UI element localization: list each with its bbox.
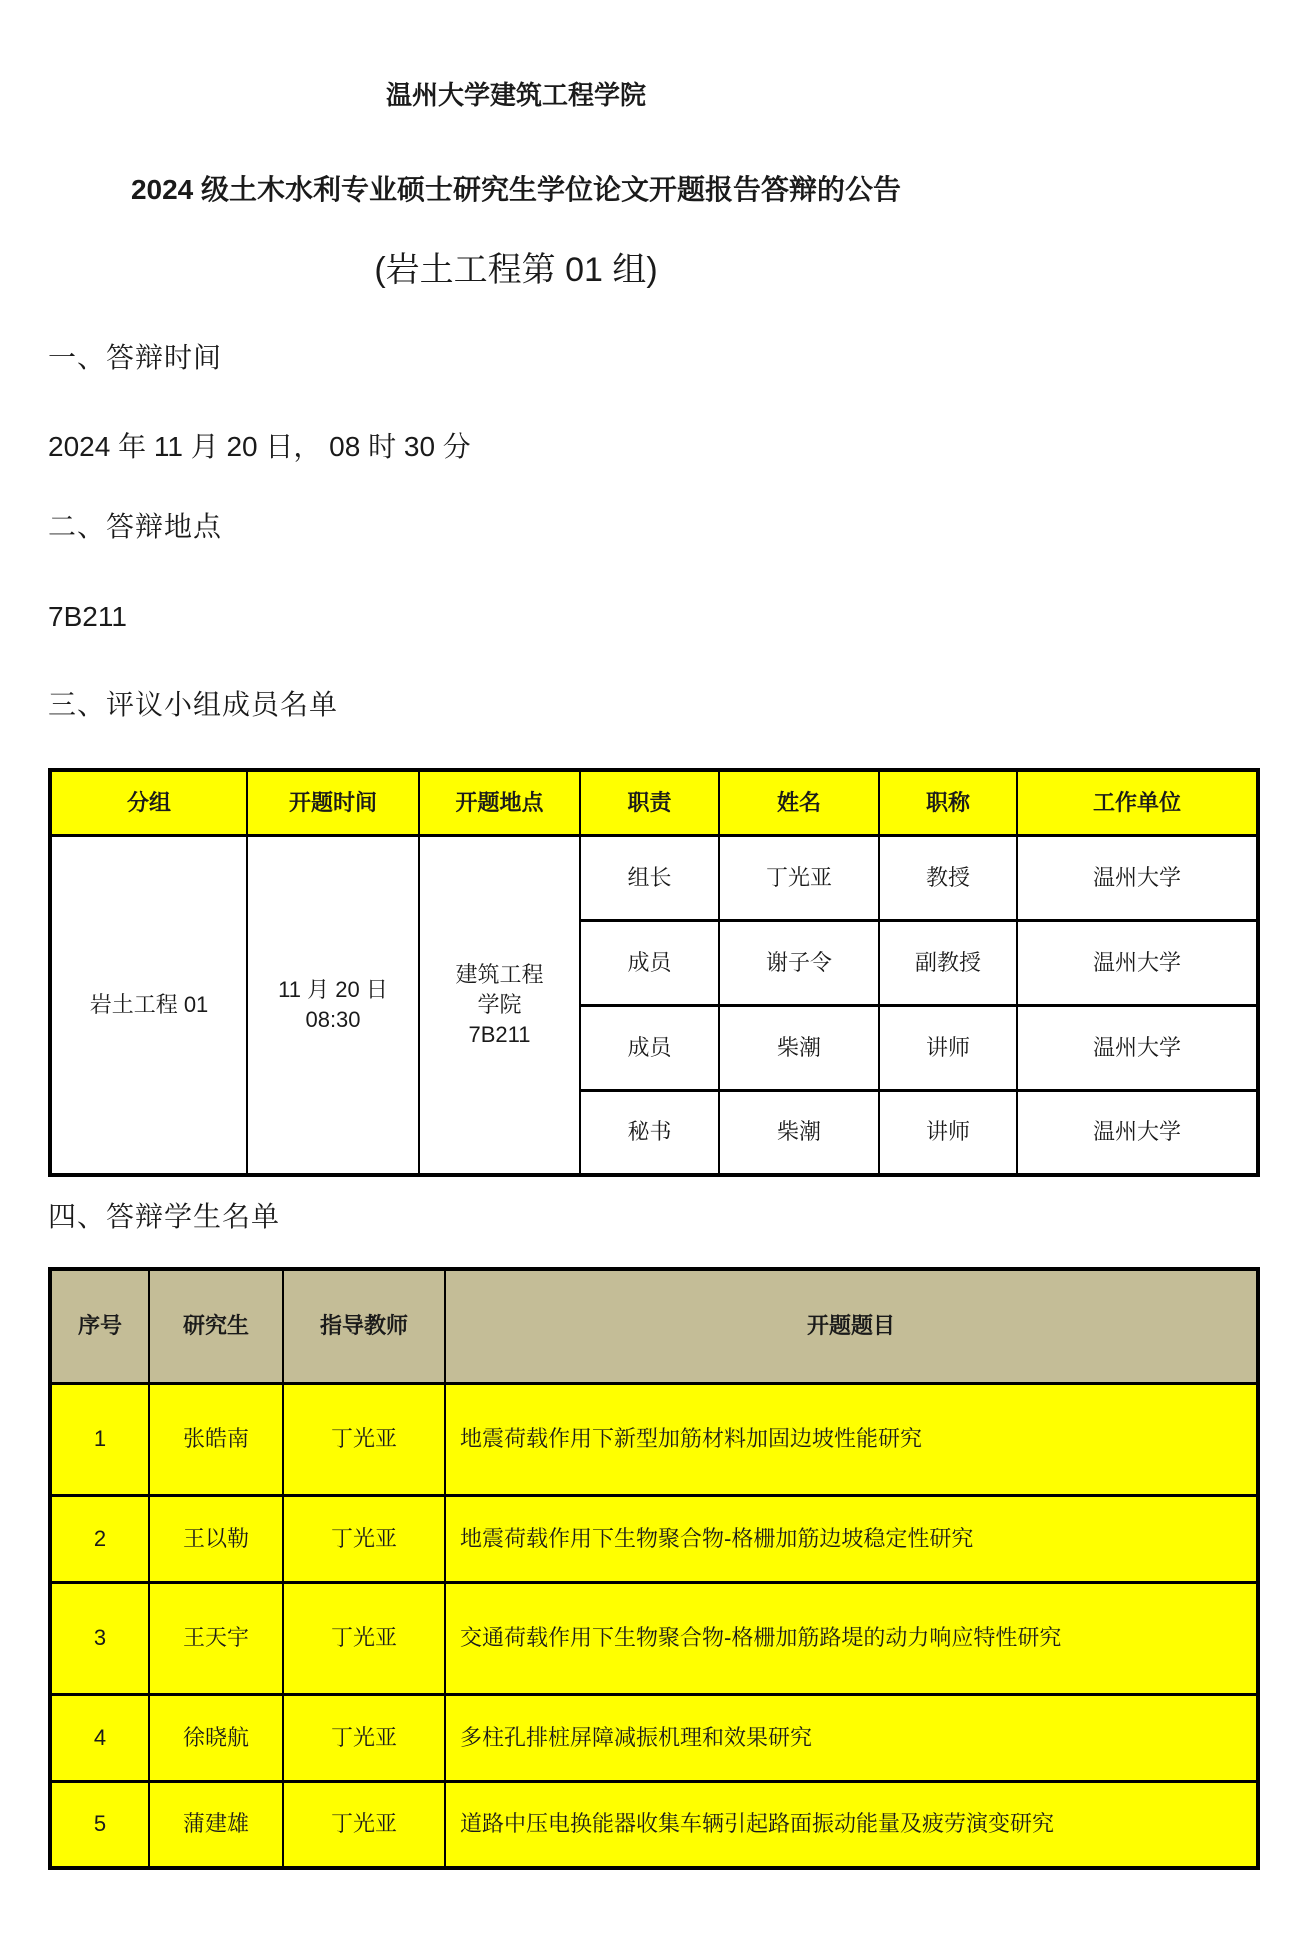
student-advisor: 丁光亚 [283, 1694, 445, 1781]
students-header-topic: 开题题目 [445, 1269, 1258, 1383]
committee-header-name: 姓名 [719, 770, 879, 835]
document-body: 一、答辩时间 2024 年 11 月 20 日， 08 时 30 分 二、答辩地… [48, 340, 1256, 1870]
committee-header-row: 分组 开题时间 开题地点 职责 姓名 职称 工作单位 [50, 770, 1258, 835]
defense-time-value: 2024 年 11 月 20 日， 08 时 30 分 [48, 429, 1256, 465]
committee-location-line1: 建筑工程 [420, 960, 579, 990]
student-name: 王天宇 [149, 1582, 283, 1694]
student-topic: 多柱孔排桩屏障减振机理和效果研究 [445, 1694, 1258, 1781]
committee-header-role: 职责 [580, 770, 719, 835]
group-line: (岩土工程第 01 组) [0, 250, 1032, 290]
student-topic: 交通荷载作用下生物聚合物-格栅加筋路堤的动力响应特性研究 [445, 1582, 1258, 1694]
committee-group-cell: 岩土工程 01 [50, 835, 247, 1175]
member-role: 组长 [580, 835, 719, 920]
committee-header-title: 职称 [879, 770, 1017, 835]
member-name: 柴潮 [719, 1005, 879, 1090]
committee-header-org: 工作单位 [1017, 770, 1258, 835]
section-heading-defense-time: 一、答辩时间 [48, 340, 1256, 376]
member-title: 副教授 [879, 920, 1017, 1005]
document-subtitle: 2024 级土木水利专业硕士研究生学位论文开题报告答辩的公告 [0, 174, 1032, 206]
student-no: 1 [50, 1383, 149, 1495]
student-row: 1 张皓南 丁光亚 地震荷载作用下新型加筋材料加固边坡性能研究 [50, 1383, 1258, 1495]
member-org: 温州大学 [1017, 920, 1258, 1005]
student-no: 5 [50, 1781, 149, 1868]
students-table: 序号 研究生 指导教师 开题题目 1 张皓南 丁光亚 地震荷载作用下新型加筋材料… [48, 1267, 1260, 1870]
section-heading-student-list: 四、答辩学生名单 [48, 1199, 1256, 1235]
student-topic: 地震荷载作用下新型加筋材料加固边坡性能研究 [445, 1383, 1258, 1495]
member-title: 讲师 [879, 1005, 1017, 1090]
committee-datetime-cell: 11 月 20 日 08:30 [247, 835, 419, 1175]
member-role: 秘书 [580, 1090, 719, 1175]
students-header-no: 序号 [50, 1269, 149, 1383]
member-name: 谢子令 [719, 920, 879, 1005]
defense-location-value: 7B211 [48, 599, 1256, 635]
student-topic: 道路中压电换能器收集车辆引起路面振动能量及疲劳演变研究 [445, 1781, 1258, 1868]
committee-location-cell: 建筑工程 学院 7B211 [419, 835, 580, 1175]
students-header-advisor: 指导教师 [283, 1269, 445, 1383]
member-name: 柴潮 [719, 1090, 879, 1175]
student-name: 王以勒 [149, 1495, 283, 1582]
section-heading-defense-location: 二、答辩地点 [48, 509, 1256, 545]
committee-location-line2: 学院 [420, 990, 579, 1020]
student-no: 3 [50, 1582, 149, 1694]
committee-table: 分组 开题时间 开题地点 职责 姓名 职称 工作单位 岩土工程 01 11 月 … [48, 768, 1260, 1177]
member-org: 温州大学 [1017, 1005, 1258, 1090]
committee-row: 岩土工程 01 11 月 20 日 08:30 建筑工程 学院 7B211 组长… [50, 835, 1258, 920]
student-row: 2 王以勒 丁光亚 地震荷载作用下生物聚合物-格栅加筋边坡稳定性研究 [50, 1495, 1258, 1582]
student-row: 5 蒲建雄 丁光亚 道路中压电换能器收集车辆引起路面振动能量及疲劳演变研究 [50, 1781, 1258, 1868]
member-org: 温州大学 [1017, 835, 1258, 920]
committee-location-line3: 7B211 [420, 1020, 579, 1050]
student-row: 3 王天宇 丁光亚 交通荷载作用下生物聚合物-格栅加筋路堤的动力响应特性研究 [50, 1582, 1258, 1694]
committee-datetime-date: 11 月 20 日 [248, 975, 418, 1005]
students-header-row: 序号 研究生 指导教师 开题题目 [50, 1269, 1258, 1383]
section-heading-committee-list: 三、评议小组成员名单 [48, 687, 1256, 723]
student-no: 4 [50, 1694, 149, 1781]
student-advisor: 丁光亚 [283, 1781, 445, 1868]
student-topic: 地震荷载作用下生物聚合物-格栅加筋边坡稳定性研究 [445, 1495, 1258, 1582]
student-name: 蒲建雄 [149, 1781, 283, 1868]
committee-header-time: 开题时间 [247, 770, 419, 835]
member-title: 教授 [879, 835, 1017, 920]
student-advisor: 丁光亚 [283, 1582, 445, 1694]
committee-header-group: 分组 [50, 770, 247, 835]
member-title: 讲师 [879, 1090, 1017, 1175]
student-advisor: 丁光亚 [283, 1383, 445, 1495]
member-org: 温州大学 [1017, 1090, 1258, 1175]
student-no: 2 [50, 1495, 149, 1582]
students-header-student: 研究生 [149, 1269, 283, 1383]
committee-datetime-time: 08:30 [248, 1005, 418, 1035]
announcement-document: 温州大学建筑工程学院 2024 级土木水利专业硕士研究生学位论文开题报告答辩的公… [0, 0, 1298, 1943]
member-name: 丁光亚 [719, 835, 879, 920]
student-advisor: 丁光亚 [283, 1495, 445, 1582]
member-role: 成员 [580, 920, 719, 1005]
student-name: 张皓南 [149, 1383, 283, 1495]
student-name: 徐晓航 [149, 1694, 283, 1781]
committee-header-location: 开题地点 [419, 770, 580, 835]
member-role: 成员 [580, 1005, 719, 1090]
student-row: 4 徐晓航 丁光亚 多柱孔排桩屏障减振机理和效果研究 [50, 1694, 1258, 1781]
title-block: 温州大学建筑工程学院 2024 级土木水利专业硕士研究生学位论文开题报告答辩的公… [0, 79, 1032, 290]
document-title: 温州大学建筑工程学院 [0, 79, 1032, 111]
